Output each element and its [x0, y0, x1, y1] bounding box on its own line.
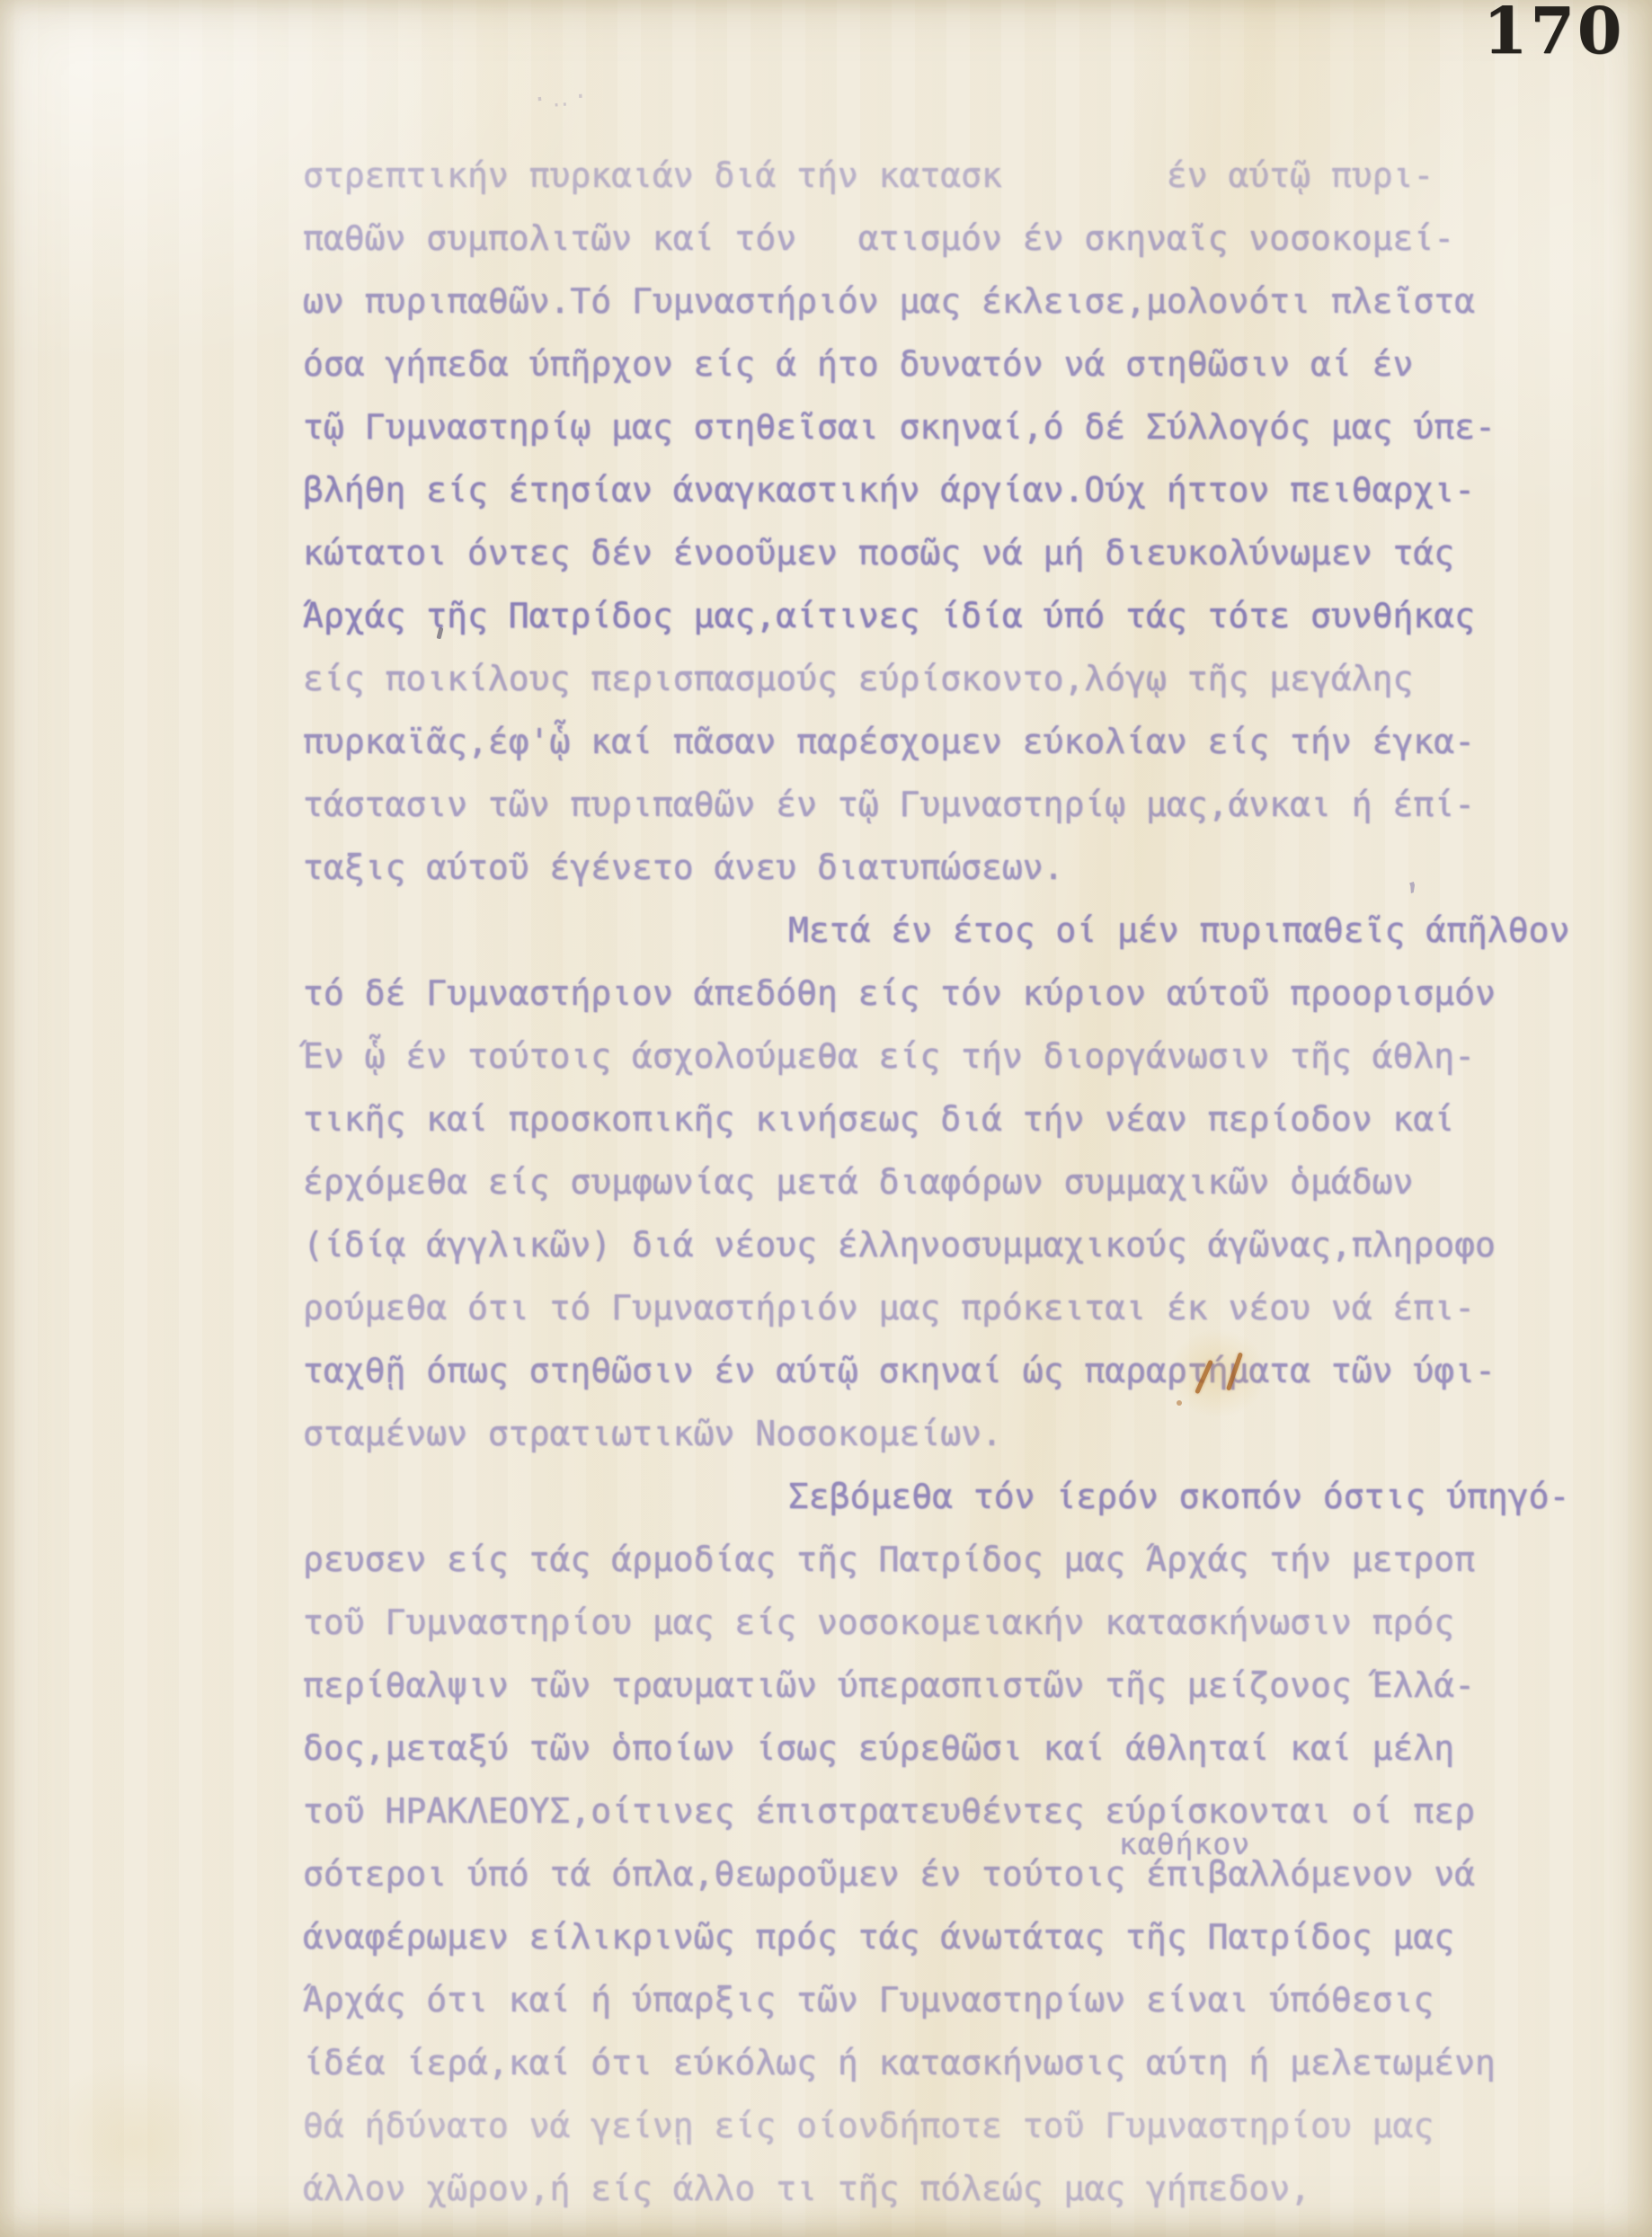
text-line: ρευσεν είς τάς άρμοδίας τῆς Πατρίδος μας…	[303, 1528, 1624, 1591]
text-line: ρούμεθα ότι τό Γυμναστήριόν μας πρόκειτα…	[303, 1276, 1624, 1339]
text-line: είς ποικίλους περισπασμούς εύρίσκοντο,λό…	[303, 647, 1624, 710]
text-line: σταμένων στρατιωτικῶν Νοσοκομείων.	[303, 1402, 1624, 1465]
text-line: τάστασιν τῶν πυριπαθῶν έν τῷ Γυμναστηρίῳ…	[303, 773, 1624, 836]
text-line: ταξις αύτοῦ έγένετο άνευ διατυπώσεων.	[303, 836, 1624, 899]
faint-header-mark: ·‥·	[531, 81, 594, 115]
text-line: όσα γήπεδα ύπῆρχον είς ά ήτο δυνατόν νά …	[303, 333, 1624, 395]
interline-insertion: καθήκον	[1119, 1826, 1250, 1861]
ink-stain-dot	[1177, 1400, 1182, 1406]
text-line: τῷ Γυμναστηρίῳ μας στηθεῖσαι σκηναί,ό δέ…	[303, 395, 1624, 458]
text-line: τικῆς καί προσκοπικῆς κινήσεως διά τήν ν…	[303, 1087, 1624, 1150]
text-line: στρεπτικήν πυρκαιάν διά τήν κατασκ έν αύ…	[303, 144, 1624, 207]
text-line: (ίδίᾳ άγγλικῶν) διά νέους έλληνοσυμμαχικ…	[303, 1213, 1624, 1276]
text-line: Σεβόμεθα τόν ίερόν σκοπόν όστις ύπηγό-	[303, 1465, 1624, 1528]
text-line: περίθαλψιν τῶν τραυματιῶν ύπερασπιστῶν τ…	[303, 1654, 1624, 1717]
text-line: Μετά έν έτος οί μέν πυριπαθεῖς άπῆλθον	[303, 899, 1624, 962]
text-line: ων πυριπαθῶν.Τό Γυμναστήριόν μας έκλεισε…	[303, 270, 1624, 333]
text-line: παθῶν συμπολιτῶν καί τόν ατισμόν έν σκην…	[303, 207, 1624, 270]
text-line: άναφέρωμεν είλικρινῶς πρός τάς άνωτάτας …	[303, 1905, 1624, 1968]
paper-stain	[1168, 1328, 1267, 1418]
text-line: θά ήδύνατο νά γείνῃ είς οίονδήποτε τοῦ Γ…	[303, 2094, 1624, 2157]
text-line: έρχόμεθα είς συμφωνίας μετά διαφόρων συμ…	[303, 1150, 1624, 1213]
paper-smudge	[36, 2058, 234, 2229]
page-number: 170	[1483, 0, 1624, 68]
text-line: τοῦ Γυμναστηρίου μας είς νοσοκομειακήν κ…	[303, 1591, 1624, 1654]
text-line: τό δέ Γυμναστήριον άπεδόθη είς τόν κύριο…	[303, 962, 1624, 1025]
text-line: δος,μεταξύ τῶν ὁποίων ίσως εύρεθῶσι καί …	[303, 1717, 1624, 1780]
text-line: άλλον χῶρον,ή είς άλλο τι τῆς πόλεώς μας…	[303, 2157, 1624, 2220]
scanned-page: 170 ·‥· στρεπτικήν πυρκαιάν διά τήν κατα…	[0, 0, 1652, 2237]
text-line: Έν ᾧ έν τούτοις άσχολούμεθα είς τήν διορ…	[303, 1025, 1624, 1087]
text-line: τοῦ ΗΡΑΚΛΕΟΥΣ,οίτινες έπιστρατευθέντες ε…	[303, 1780, 1624, 1842]
text-line: Άρχάς τῆς Πατρίδος μας,αίτινες ίδία ύπό …	[303, 584, 1624, 647]
typewritten-text: στρεπτικήν πυρκαιάν διά τήν κατασκ έν αύ…	[303, 144, 1624, 2220]
text-line: Άρχάς ότι καί ή ύπαρξις τῶν Γυμναστηρίων…	[303, 1968, 1624, 2031]
text-line: ίδέα ίερά,καί ότι εύκόλως ή κατασκήνωσις…	[303, 2031, 1624, 2094]
text-line: βλήθη είς έτησίαν άναγκαστικήν άργίαν.Ού…	[303, 458, 1624, 521]
text-line: κώτατοι όντες δέν ένοοῦμεν ποσῶς νά μή δ…	[303, 521, 1624, 584]
text-line: σότεροι ύπό τά όπλα,θεωροῦμεν έν τούτοις…	[303, 1842, 1624, 1905]
text-line: πυρκαϊᾶς,έφ'ᾧ καί πᾶσαν παρέσχομεν εύκολ…	[303, 710, 1624, 773]
text-line: ταχθῇ όπως στηθῶσιν έν αύτῷ σκηναί ώς πα…	[303, 1339, 1624, 1402]
